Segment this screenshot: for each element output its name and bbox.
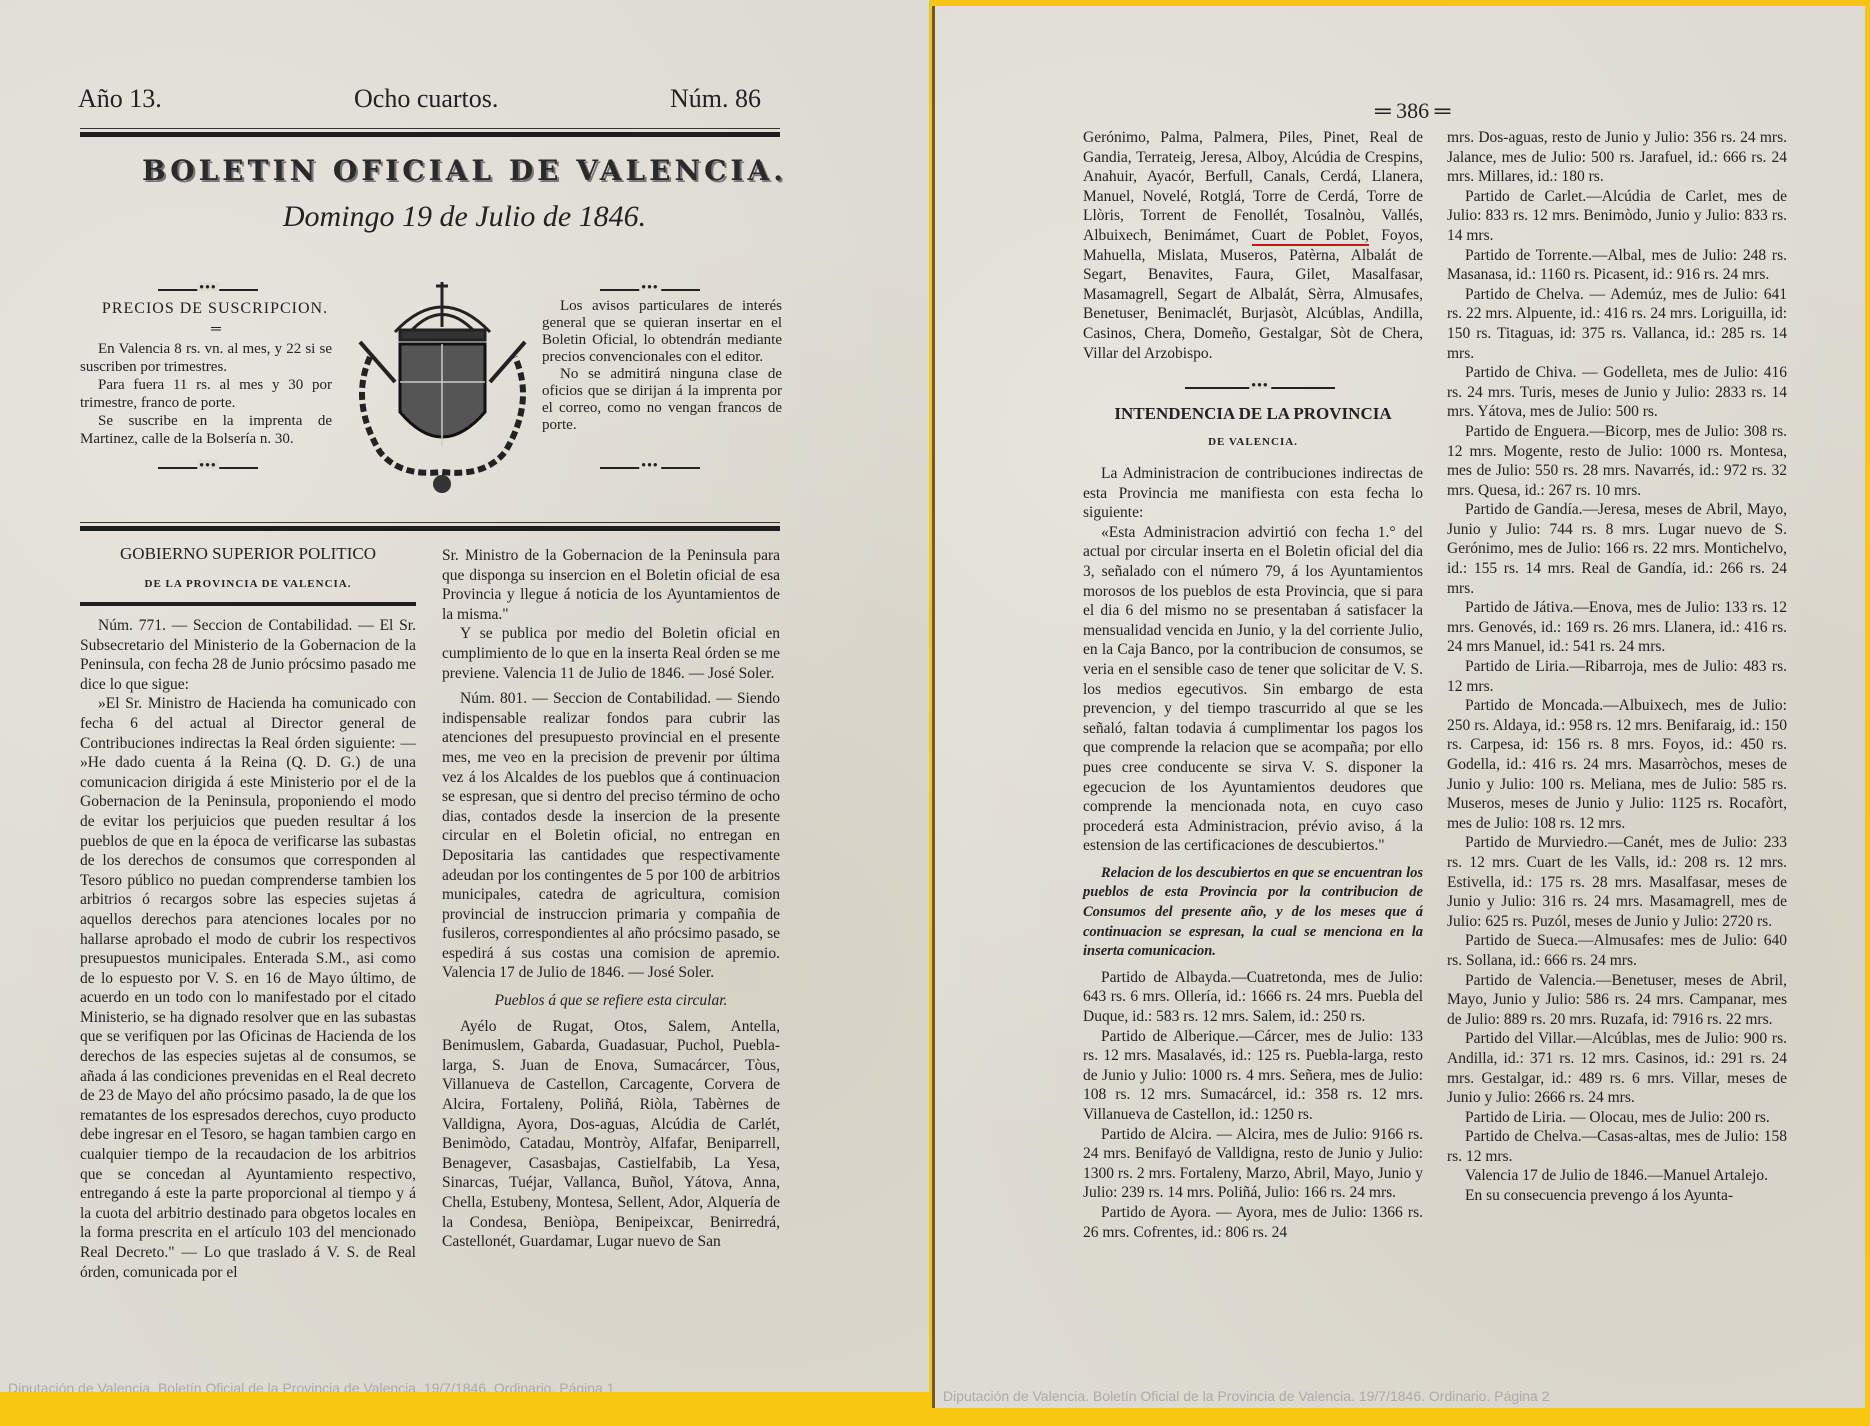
towns-heading: Pueblos á que se refiere esta circular. [442, 991, 780, 1011]
partido-entry: Partido del Villar.—Alcúblas, mes de Jul… [1447, 1029, 1787, 1107]
partido-entry: Partido de Alberique.—Cárcer, mes de Jul… [1083, 1027, 1423, 1125]
subscription-outside: Para fuera 11 rs. al mes y 30 por trimes… [80, 376, 332, 412]
newspaper-page-2: ═ 386 ═ Gerónimo, Palma, Palmera, Piles,… [932, 6, 1865, 1408]
partido-entry: Partido de Alcira. — Alcira, mes de Juli… [1083, 1125, 1423, 1203]
dash-icon: ═ [1375, 98, 1396, 123]
section-rule-thick [80, 526, 780, 531]
page-1-source-caption: Diputación de Valencia. Boletín Oficial … [8, 1380, 615, 1392]
partido-entry: Partido de Sueca.—Almusafes: mes de Juli… [1447, 931, 1787, 970]
closing-line: En su consecuencia prevengo á los Ayunta… [1447, 1186, 1787, 1206]
masthead-rule-thick [80, 132, 780, 137]
ornament-divider [600, 289, 700, 291]
article-column-right: Sr. Ministro de la Gobernacion de la Pen… [442, 546, 780, 1252]
subscription-where: Se suscribe en la imprenta de Martinez, … [80, 412, 332, 448]
relacion-heading: Relacion de los descubiertos en que se e… [1083, 864, 1423, 962]
ornament-divider [600, 467, 700, 469]
intendencia-intro: La Administracion de contribuciones indi… [1083, 464, 1423, 1242]
newspaper-title: BOLETIN OFICIAL DE VALENCIA. [0, 154, 929, 187]
partido-entry: Partido de Murviedro.—Canét, mes de Juli… [1447, 833, 1787, 931]
partido-entry: mrs. Dos-aguas, resto de Junio y Julio: … [1447, 128, 1787, 187]
partido-entry: Partido de Ayora. — Ayora, mes de Julio:… [1083, 1203, 1423, 1242]
page-number: ═ 386 ═ [1375, 98, 1450, 124]
intro-paragraph: La Administracion de contribuciones indi… [1083, 464, 1423, 523]
partido-entry: Partido de Chiva. — Godelleta, mes de Ju… [1447, 363, 1787, 422]
article-801: Núm. 801. — Seccion de Contabilidad. — S… [442, 689, 780, 983]
partido-entry: Partido de Enguera.—Bicorp, mes de Julio… [1447, 422, 1787, 500]
masthead-year: Año 13. [78, 84, 162, 114]
partido-entry: Partido de Valencia.—Benetuser, meses de… [1447, 971, 1787, 1030]
section-subheading: DE LA PROVINCIA DE VALENCIA. [80, 578, 416, 590]
article-column-left: Núm. 771. — Seccion de Contabilidad. — E… [80, 616, 416, 1282]
administration-letter: «Esta Administracion advirtió con fecha … [1083, 523, 1423, 856]
notice-private-ads: Los avisos particulares de interés gener… [542, 298, 782, 366]
partido-entry: Partido de Liria. — Olocau, mes de Julio… [1447, 1108, 1787, 1128]
masthead-price: Ocho cuartos. [354, 84, 498, 114]
article-continuation: Sr. Ministro de la Gobernacion de la Pen… [442, 546, 780, 624]
partidos-column-right: mrs. Dos-aguas, resto de Junio y Julio: … [1447, 128, 1787, 1206]
notice-postage: No se admitirá ninguna clase de oficios … [542, 366, 782, 434]
partido-entry: Partido de Chelva. — Ademúz, mes de Juli… [1447, 285, 1787, 363]
towns-continued: Gerónimo, Palma, Palmera, Piles, Pinet, … [1083, 128, 1423, 363]
partido-entry: Partido de Albayda.—Cuatretonda, mes de … [1083, 968, 1423, 1027]
section-subheading: DE VALENCIA. [1083, 436, 1423, 448]
partido-entry: Partido de Gandía.—Jeresa, meses de Abri… [1447, 500, 1787, 598]
ornament-divider [1185, 387, 1335, 389]
issue-date: Domingo 19 de Julio de 1846. [0, 200, 929, 234]
section-rule [80, 602, 416, 606]
article-771: Núm. 771. — Seccion de Contabilidad. — E… [80, 616, 416, 694]
subscription-prices: En Valencia 8 rs. vn. al mes, y 22 si se… [80, 340, 332, 448]
page-number-value: 386 [1396, 98, 1429, 123]
ornament-divider [158, 289, 258, 291]
partido-entry: Partido de Chelva.—Casas-altas, mes de J… [1447, 1127, 1787, 1166]
subscription-local: En Valencia 8 rs. vn. al mes, y 22 si se… [80, 340, 332, 376]
partido-entry: Partido de Liria.—Ribarroja, mes de Juli… [1447, 657, 1787, 696]
section-rule-thin [80, 522, 780, 523]
highlighted-town-cuart-de-poblet: Cuart de Poblet, [1252, 227, 1369, 246]
royal-coat-of-arms-icon [340, 272, 545, 500]
newspaper-page-1: Año 13. Ocho cuartos. Núm. 86 BOLETIN OF… [0, 0, 929, 1392]
masthead-number: Núm. 86 [670, 84, 761, 114]
signature-line: Valencia 17 de Julio de 1846.—Manuel Art… [1447, 1166, 1787, 1186]
double-dash-icon: ═ [156, 322, 276, 338]
partido-entry: Partido de Torrente.—Albal, mes de Julio… [1447, 246, 1787, 285]
publication-note: Y se publica por medio del Boletin ofici… [442, 624, 780, 683]
masthead-rule-thin [80, 128, 780, 129]
dash-icon: ═ [1429, 98, 1450, 123]
section-heading-gobierno: GOBIERNO SUPERIOR POLITICO [80, 544, 416, 564]
advertising-notice: Los avisos particulares de interés gener… [542, 298, 782, 434]
page-2-source-caption: Diputación de Valencia. Boletín Oficial … [943, 1388, 1550, 1404]
partido-entry: Partido de Moncada.—Albuixech, mes de Ju… [1447, 696, 1787, 833]
section-heading-intendencia: INTENDENCIA DE LA PROVINCIA [1083, 404, 1423, 424]
towns-list: Ayélo de Rugat, Otos, Salem, Antella, Be… [442, 1017, 780, 1252]
ornament-divider [158, 467, 258, 469]
towns-continued-end: Foyos, Mahuella, Mislata, Museros, Patèr… [1083, 227, 1423, 362]
subscription-heading: PRECIOS DE SUSCRIPCION. [84, 300, 346, 318]
real-orden-text: »El Sr. Ministro de Hacienda ha comunica… [80, 694, 416, 1282]
partido-entry: Partido de Carlet.—Alcúdia de Carlet, me… [1447, 187, 1787, 246]
partido-entry: Partido de Játiva.—Enova, mes de Julio: … [1447, 598, 1787, 657]
